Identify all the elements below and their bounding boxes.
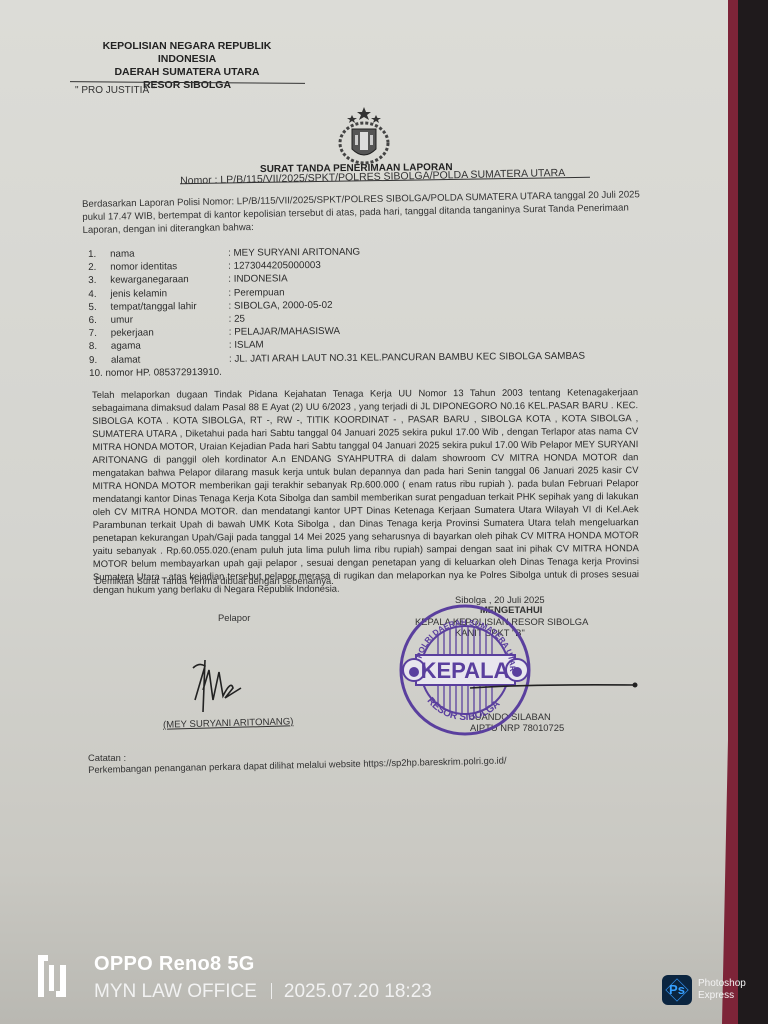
- watermark-separator: [271, 983, 272, 999]
- pro-justitia: " PRO JUSTITIA ": [75, 85, 155, 96]
- device-name: OPPO Reno8 5G: [94, 953, 255, 976]
- watermark-owner: MYN LAW OFFICE: [94, 981, 257, 1002]
- watermark-info: MYN LAW OFFICE2025.07.20 18:23: [94, 981, 432, 1003]
- closing-statement: Demikian Surat Tanda Terima dibuat denga…: [95, 575, 334, 586]
- note-label: Catatan :: [88, 752, 126, 763]
- camera-watermark: OPPO Reno8 5G MYN LAW OFFICE2025.07.20 1…: [0, 945, 768, 1024]
- photoshop-express-icon: Ps: [662, 975, 692, 1005]
- incident-description: Telah melaporkan dugaan Tindak Pidana Ke…: [92, 385, 639, 596]
- reporter-label: Pelapor: [218, 612, 250, 623]
- officer-signature: [470, 680, 640, 692]
- letterhead-line2: DAERAH SUMATERA UTARA: [72, 66, 302, 79]
- reporter-fields: 1.nama: MEY SURYANI ARITONANG 2.nomor id…: [88, 244, 585, 380]
- official-stamp-icon: KEPALA POLRI DAERAH SUMATERA UTARA RESOR…: [398, 603, 533, 738]
- reporter-name: (MEY SURYANI ARITONANG): [163, 716, 294, 730]
- police-report-receipt: KEPOLISIAN NEGARA REPUBLIK INDONESIA DAE…: [0, 0, 768, 1024]
- ps-icon-text: Ps: [662, 982, 692, 997]
- app-label: Photoshop Express: [698, 978, 746, 1002]
- reporter-signature: [185, 650, 255, 720]
- police-emblem-icon: [334, 105, 394, 167]
- oppo-watermark-logo-icon: [36, 953, 68, 999]
- note-text: Perkembangan penanganan perkara dapat di…: [88, 755, 507, 775]
- svg-text:RESOR SIBOLGA: RESOR SIBOLGA: [425, 696, 503, 724]
- letterhead-line1: KEPOLISIAN NEGARA REPUBLIK INDONESIA: [72, 40, 302, 66]
- watermark-timestamp: 2025.07.20 18:23: [284, 981, 432, 1002]
- intro-paragraph: Berdasarkan Laporan Polisi Nomor: LP/B/1…: [82, 188, 643, 237]
